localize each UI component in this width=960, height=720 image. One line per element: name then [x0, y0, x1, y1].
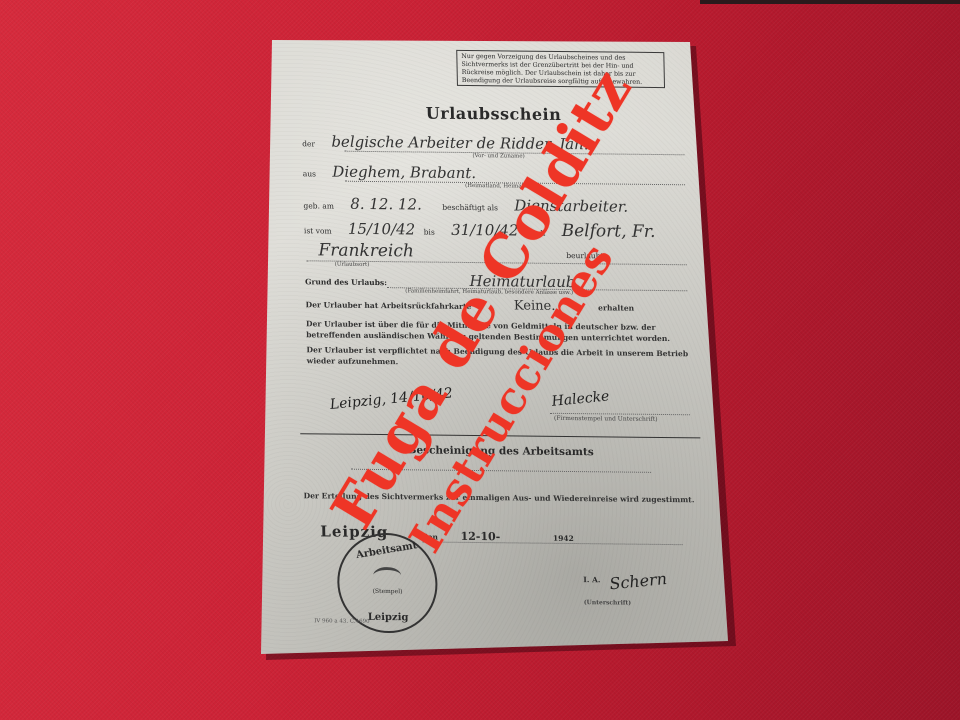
- office-signature: Schern: [608, 569, 668, 593]
- stamp-mid-text: (Stempel): [373, 587, 403, 594]
- birth-row: geb. am 8. 12. 12. beschäftigt als Diens…: [303, 194, 628, 215]
- ticket-suffix: erhalten: [598, 303, 634, 312]
- section-divider: [300, 433, 700, 438]
- ticket-text: Der Urlauber hat Arbeitsrückfahrkarte: [305, 300, 471, 311]
- notice-box: Nur gegen Vorzeigung des Urlaubscheines …: [456, 50, 665, 88]
- office-year: 1942: [553, 534, 574, 543]
- destination-value: Belfort, Fr.: [561, 221, 655, 242]
- paragraph-return: Der Urlauber ist verpflichtet nach Beend…: [306, 344, 699, 370]
- der-label: der: [302, 139, 315, 148]
- ticket-value: Keine.: [514, 298, 556, 313]
- employer-place-date: Leipzig, 14/10/42: [329, 385, 454, 413]
- period-row: ist vom 15/10/42 bis 31/10/42 nach Belfo…: [304, 218, 656, 242]
- geb-label: geb. am: [303, 201, 334, 210]
- origin-row: aus Dieghem, Brabant.: [303, 162, 477, 182]
- section2-text: Der Erteilung des Sichtvermerks zur einm…: [303, 490, 713, 505]
- dark-board-edge: [700, 0, 960, 4]
- booklet-content: Nur gegen Vorzeigung des Urlaubscheines …: [272, 40, 725, 655]
- paragraph-currency: Der Urlauber ist über die für die Mitnah…: [306, 318, 699, 344]
- stamp-top-text: Arbeitsamt: [339, 537, 435, 564]
- nach-label: nach: [527, 229, 546, 238]
- paragraph-ticket: Der Urlauber hat Arbeitsrückfahrkarte Ke…: [305, 298, 697, 314]
- grund-label: Grund des Urlaubs:: [305, 277, 387, 287]
- from-date: 15/10/42: [348, 220, 416, 239]
- reason-caption: (Familienheimfahrt, Heimaturlaub, besond…: [405, 288, 573, 296]
- to-date: 31/10/42: [451, 221, 519, 240]
- ia-label: I. A.: [583, 575, 600, 584]
- beurlaubt-label: beurlaubt.: [566, 251, 606, 260]
- place-value: Frankreich: [318, 240, 414, 261]
- ist-label: ist vom: [304, 226, 332, 235]
- eagle-emblem-icon: [373, 567, 401, 584]
- birth-value: 8. 12. 12.: [350, 195, 422, 214]
- name-caption: (Vor- und Zuname): [472, 153, 524, 160]
- print-code: IV 960 a 43. C.4690: [314, 618, 370, 625]
- document-title: Urlaubsschein: [273, 102, 714, 126]
- origin-value: Dieghem, Brabant.: [332, 163, 476, 183]
- section2-title: Bescheinigung des Arbeitsamts: [280, 443, 720, 460]
- office-date-line: [423, 541, 683, 545]
- section2-line: [351, 469, 651, 473]
- place-caption: (Urlaubsort): [335, 262, 370, 268]
- occupation-value: Dienstarbeiter.: [514, 196, 628, 215]
- employer-signature: Halecke: [551, 388, 611, 409]
- origin-caption: (Heimatland, Heimatort): [465, 183, 534, 190]
- employer-sign-caption: (Firmenstempel und Unterschrift): [554, 415, 658, 423]
- beschaeftigt-label: beschäftigt als: [442, 203, 498, 213]
- office-sign-caption: (Unterschrift): [584, 599, 631, 606]
- bis-label: bis: [424, 228, 435, 237]
- aus-label: aus: [303, 169, 316, 178]
